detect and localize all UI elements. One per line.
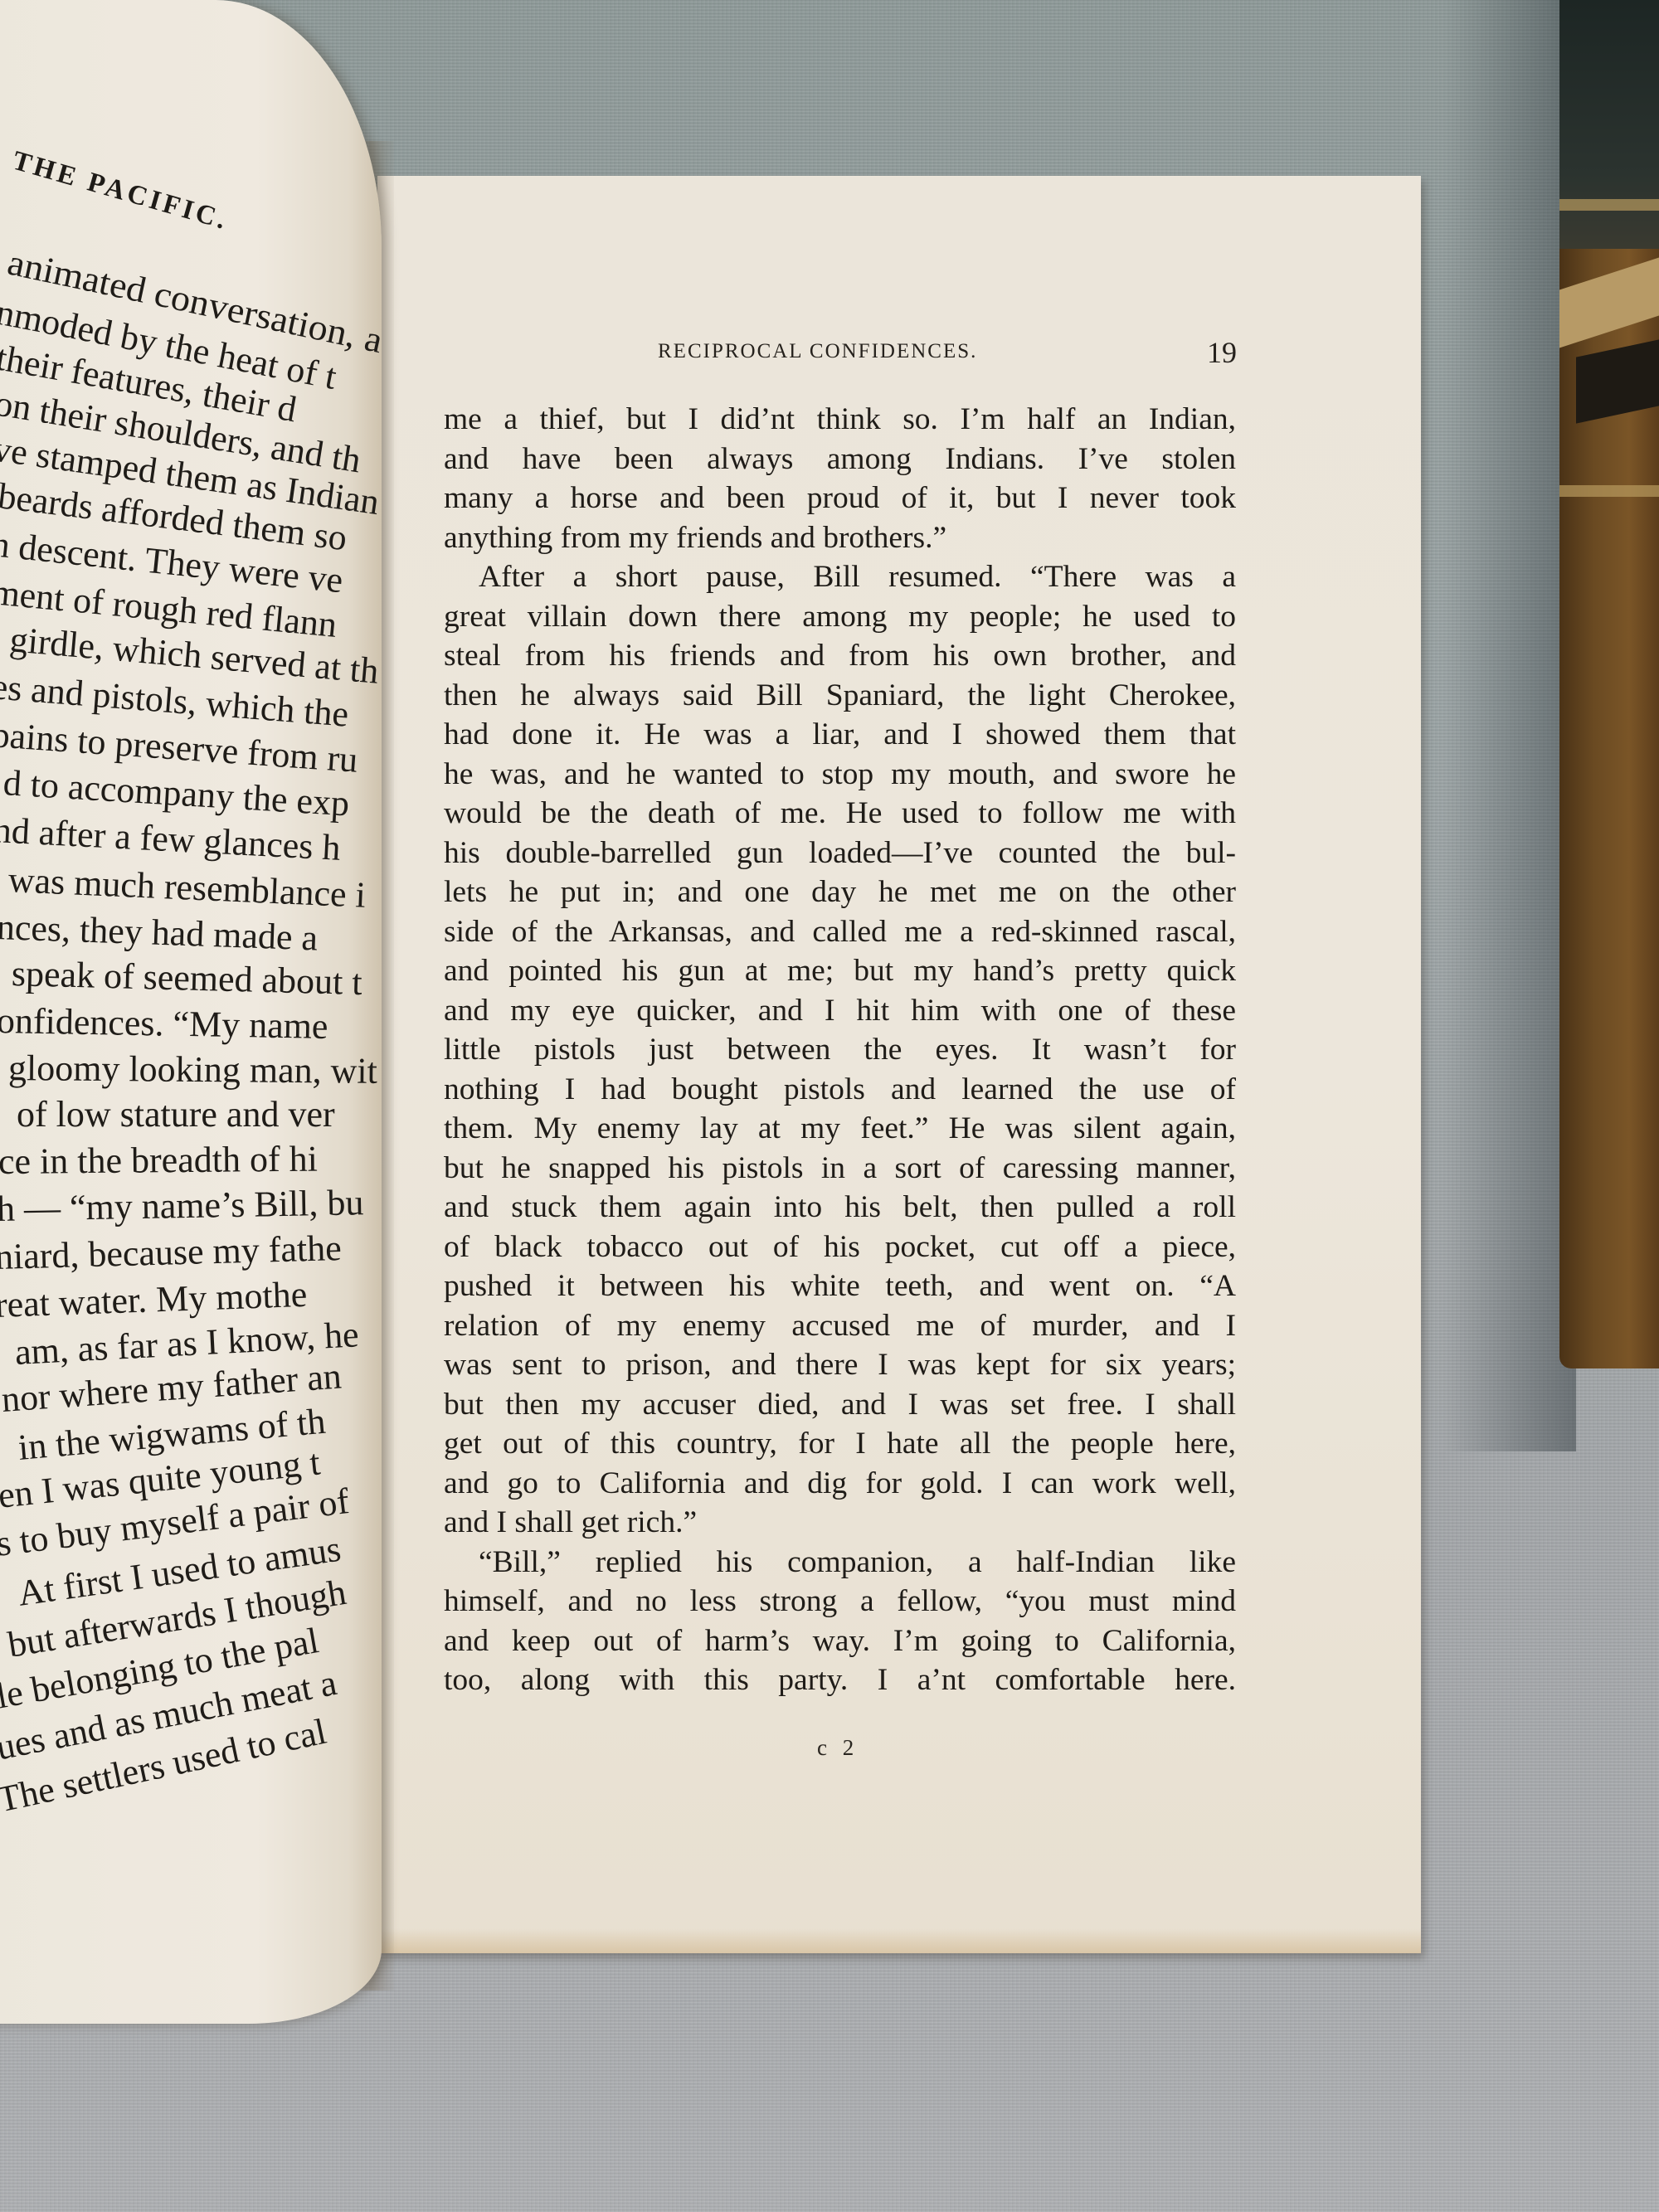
right-page: RECIPROCAL CONFIDENCES. 19 me a thief, b…: [377, 176, 1421, 1953]
page-number: 19: [1207, 335, 1237, 370]
spine-gilt-band: [1559, 199, 1659, 211]
running-head: RECIPROCAL CONFIDENCES.: [658, 340, 1404, 363]
page-body-text: me a thief, but I did’nt think so. I’m h…: [444, 400, 1236, 1700]
text-line: himself, and no less strong a fellow, “y…: [444, 1582, 1236, 1621]
text-line: of black tobacco out of his pocket, cut …: [444, 1228, 1236, 1267]
signature-mark: c 2: [817, 1735, 859, 1761]
text-line: too, along with this party. I a’nt comfo…: [444, 1660, 1236, 1700]
text-line: and keep out of harm’s way. I’m going to…: [444, 1621, 1236, 1661]
text-line: me a thief, but I did’nt think so. I’m h…: [444, 400, 1236, 440]
text-line: and have been always among Indians. I’ve…: [444, 440, 1236, 479]
text-line: pushed it between his white teeth, and w…: [444, 1266, 1236, 1306]
text-line: had done it. He was a liar, and I showed…: [444, 715, 1236, 755]
text-line: lets he put in; and one day he met me on…: [444, 873, 1236, 912]
text-line: and my eye quicker, and I hit him with o…: [444, 991, 1236, 1031]
text-line: gloomy looking man, wit: [8, 1047, 377, 1092]
text-line: nothing I had bought pistols and learned…: [444, 1070, 1236, 1110]
text-line: great villain down there among my people…: [444, 597, 1236, 637]
text-line: them. My enemy lay at my feet.” He was s…: [444, 1109, 1236, 1149]
text-line: nces, they had made a: [0, 906, 319, 959]
text-line: was sent to prison, and there I was kept…: [444, 1345, 1236, 1385]
text-line: of low stature and ver: [17, 1093, 335, 1135]
text-line: relation of my enemy accused me of murde…: [444, 1306, 1236, 1346]
text-line: but then my accuser died, and I was set …: [444, 1385, 1236, 1425]
text-line: speak of seemed about t: [11, 952, 362, 1004]
spine-gilt-band: [1559, 485, 1659, 497]
text-line: h — “my name’s Bill, bu: [0, 1181, 364, 1230]
text-line: then he always said Bill Spaniard, the l…: [444, 676, 1236, 716]
text-line: he was, and he wanted to stop my mouth, …: [444, 755, 1236, 795]
text-line: and go to California and dig for gold. I…: [444, 1464, 1236, 1504]
text-line: get out of this country, for I hate all …: [444, 1424, 1236, 1464]
text-line: many a horse and been proud of it, but I…: [444, 479, 1236, 518]
text-line: steal from his friends and from his own …: [444, 636, 1236, 676]
text-line: but he snapped his pistols in a sort of …: [444, 1149, 1236, 1189]
text-line: onfidences. “My name: [0, 999, 328, 1048]
text-line: and pointed his gun at me; but my hand’s…: [444, 951, 1236, 991]
text-line: and I shall get rich.”: [444, 1503, 1236, 1543]
text-line: side of the Arkansas, and called me a re…: [444, 912, 1236, 952]
text-line: niard, because my fathe: [0, 1227, 342, 1278]
text-line: ce in the breadth of hi: [0, 1138, 318, 1183]
text-line: his double-barrelled gun loaded—I’ve cou…: [444, 834, 1236, 873]
left-page-body-text: animated conversation, a nmoded by the h…: [0, 0, 382, 1908]
text-line: little pistols just between the eyes. It…: [444, 1030, 1236, 1070]
book-shadow: [1443, 0, 1576, 1451]
text-line: anything from my friends and brothers.”: [444, 518, 1236, 558]
text-line: “Bill,” replied his companion, a half-In…: [444, 1543, 1236, 1582]
text-line: After a short pause, Bill resumed. “Ther…: [444, 557, 1236, 597]
text-line: would be the death of me. He used to fol…: [444, 794, 1236, 834]
text-line: and stuck them again into his belt, then…: [444, 1188, 1236, 1228]
leather-book-spine-top: [1559, 0, 1659, 249]
